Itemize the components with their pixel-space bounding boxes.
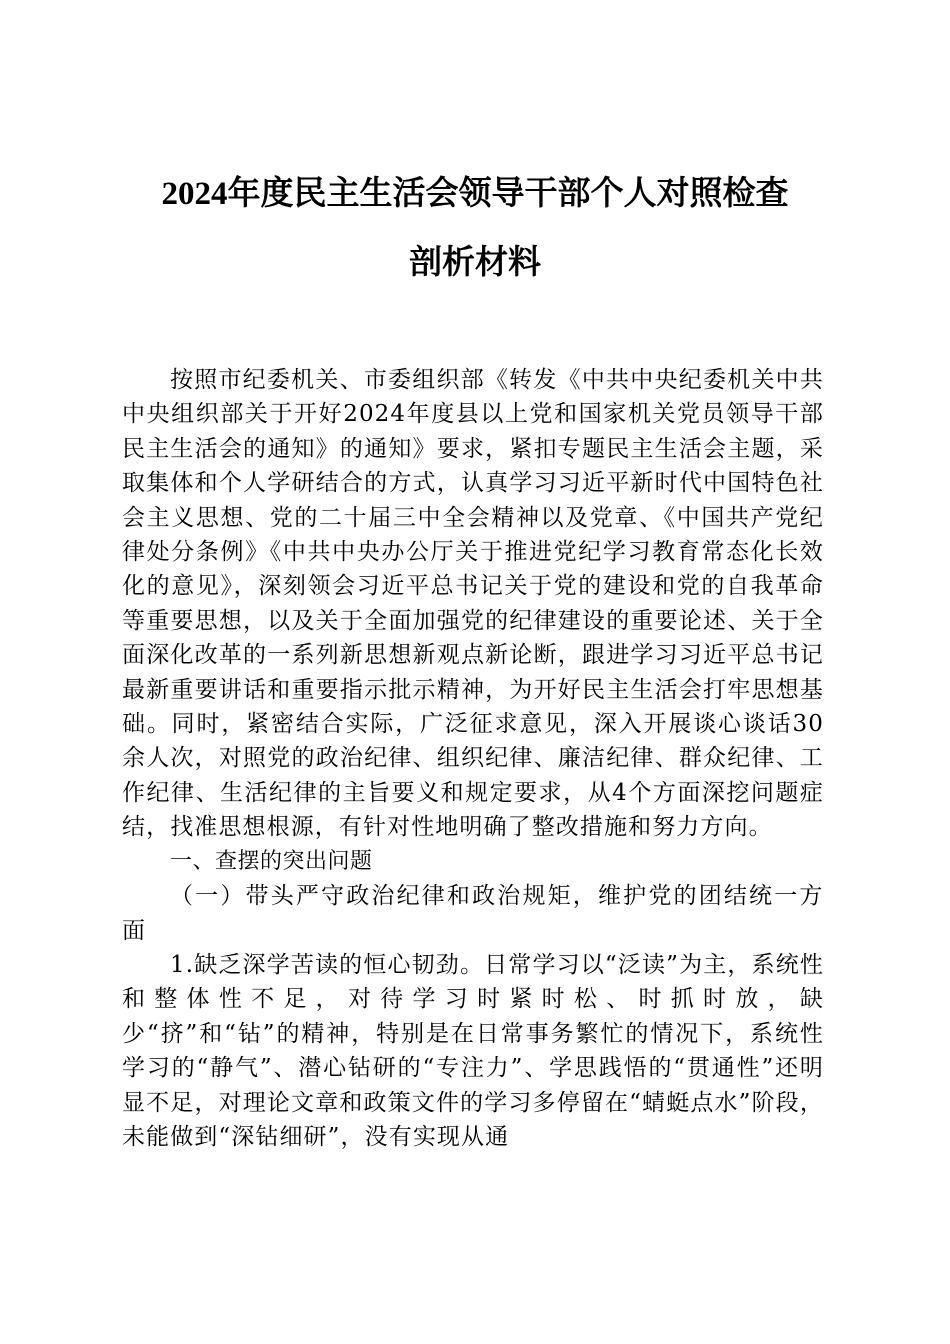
intro-paragraph: 按照市纪委机关、市委组织部《转发《中共中央纪委机关中共中央组织部关于开好2024…	[122, 363, 824, 845]
document-body: 按照市纪委机关、市委组织部《转发《中共中央纪委机关中共中央组织部关于开好2024…	[122, 363, 824, 1154]
subsection-heading-1: （一）带头严守政治纪律和政治规矩，维护党的团结统一方面	[122, 879, 824, 948]
title-line-2: 剖析材料	[100, 237, 850, 289]
document-title: 2024年度民主生活会领导干部个人对照检查 剖析材料	[100, 168, 850, 289]
section-heading-1: 一、查摆的突出问题	[122, 845, 824, 879]
document-page: 2024年度民主生活会领导干部个人对照检查 剖析材料 按照市纪委机关、市委组织部…	[0, 0, 950, 1344]
item-1-paragraph: 1.缺乏深学苦读的恒心韧劲。日常学习以“泛读”为主，系统性和整体性不足，对待学习…	[122, 948, 824, 1154]
title-line-1: 2024年度民主生活会领导干部个人对照检查	[100, 168, 850, 220]
